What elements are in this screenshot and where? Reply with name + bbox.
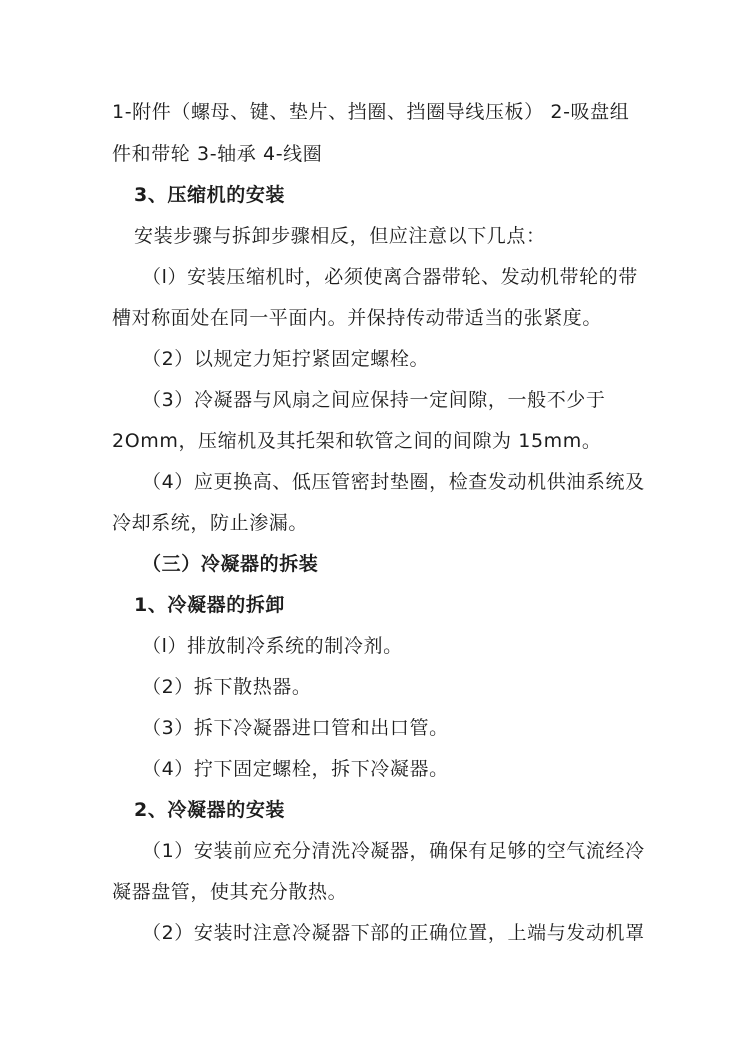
- condenser-install-step-1-line-2: 凝器盘管，使其充分散热。: [112, 880, 642, 904]
- install-step-1-line-1: （l）安装压缩机时，必须使离合器带轮、发动机带轮的带: [142, 265, 672, 289]
- document-page: 1-附件（螺母、键、垫片、挡圈、挡圈导线压板） 2-吸盘组 件和带轮 3-轴承 …: [0, 0, 750, 1061]
- caption-parts-line-1: 1-附件（螺母、键、垫片、挡圈、挡圈导线压板） 2-吸盘组: [112, 100, 642, 124]
- removal-step-4: （4）拧下固定螺栓，拆下冷凝器。: [142, 757, 672, 781]
- condenser-install-step-2-line-1: （2）安装时注意冷凝器下部的正确位置，上端与发动机罩: [142, 921, 672, 945]
- heading-condenser-disassembly: （三）冷凝器的拆装: [142, 552, 672, 576]
- removal-step-3: （3）拆下冷凝器进口管和出口管。: [142, 716, 672, 740]
- install-step-1-line-2: 槽对称面处在同一平面内。并保持传动带适当的张紧度。: [112, 306, 642, 330]
- removal-step-2: （2）拆下散热器。: [142, 675, 672, 699]
- heading-condenser-removal: 1、冷凝器的拆卸: [134, 593, 664, 617]
- condenser-install-step-1-line-1: （1）安装前应充分清洗冷凝器，确保有足够的空气流经冷: [142, 839, 672, 863]
- heading-compressor-install: 3、压缩机的安装: [134, 183, 664, 207]
- install-step-3-line-2: 2Omm，压缩机及其托架和软管之间的间隙为 15mm。: [112, 429, 642, 453]
- install-step-4-line-2: 冷却系统，防止渗漏。: [112, 511, 642, 535]
- paragraph-install-intro: 安装步骤与拆卸步骤相反，但应注意以下几点：: [134, 224, 664, 248]
- removal-step-1: （l）排放制冷系统的制冷剂。: [142, 634, 672, 658]
- install-step-2: （2）以规定力矩拧紧固定螺栓。: [142, 347, 672, 371]
- caption-parts-line-2: 件和带轮 3-轴承 4-线圈: [112, 142, 642, 166]
- install-step-3-line-1: （3）冷凝器与风扇之间应保持一定间隙，一般不少于: [142, 388, 672, 412]
- install-step-4-line-1: （4）应更换高、低压管密封垫圈，检查发动机供油系统及: [142, 470, 672, 494]
- heading-condenser-install: 2、冷凝器的安装: [134, 798, 664, 822]
